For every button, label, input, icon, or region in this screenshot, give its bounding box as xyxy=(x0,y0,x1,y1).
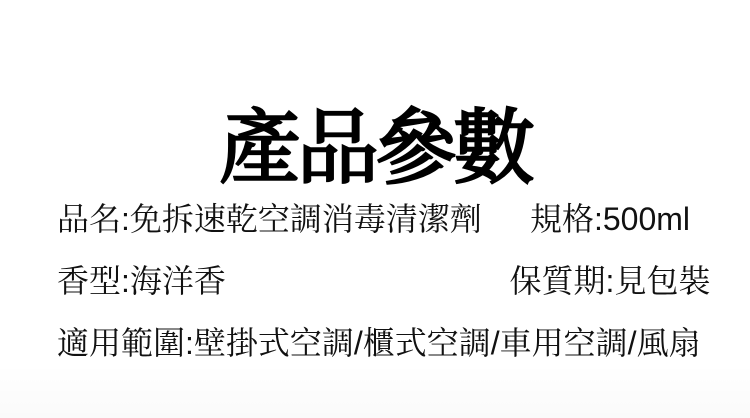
spec-fragrance: 香型:海洋香 xyxy=(57,256,226,302)
page-title: 產品參數 xyxy=(0,99,750,199)
spec-volume: 規格:500ml xyxy=(490,194,730,240)
spec-shelf-life: 保質期:見包裝 xyxy=(490,256,730,302)
spec-table: 品名:免拆速乾空調消毒清潔劑 規格:500ml 香型:海洋香 保質期:見包裝 適… xyxy=(0,186,750,372)
product-parameters-page: 產品參數 品名:免拆速乾空調消毒清潔劑 規格:500ml 香型:海洋香 保質期:… xyxy=(0,0,750,418)
spec-row-scope: 適用範圍:壁掛式空調/櫃式空調/車用空調/風扇 xyxy=(0,310,750,372)
spec-row-fragrance: 香型:海洋香 保質期:見包裝 xyxy=(0,248,750,310)
spec-applicable-scope: 適用範圍:壁掛式空調/櫃式空調/車用空調/風扇 xyxy=(57,318,701,364)
spec-row-name: 品名:免拆速乾空調消毒清潔劑 規格:500ml xyxy=(0,186,750,248)
spec-product-name: 品名:免拆速乾空調消毒清潔劑 xyxy=(57,194,482,240)
